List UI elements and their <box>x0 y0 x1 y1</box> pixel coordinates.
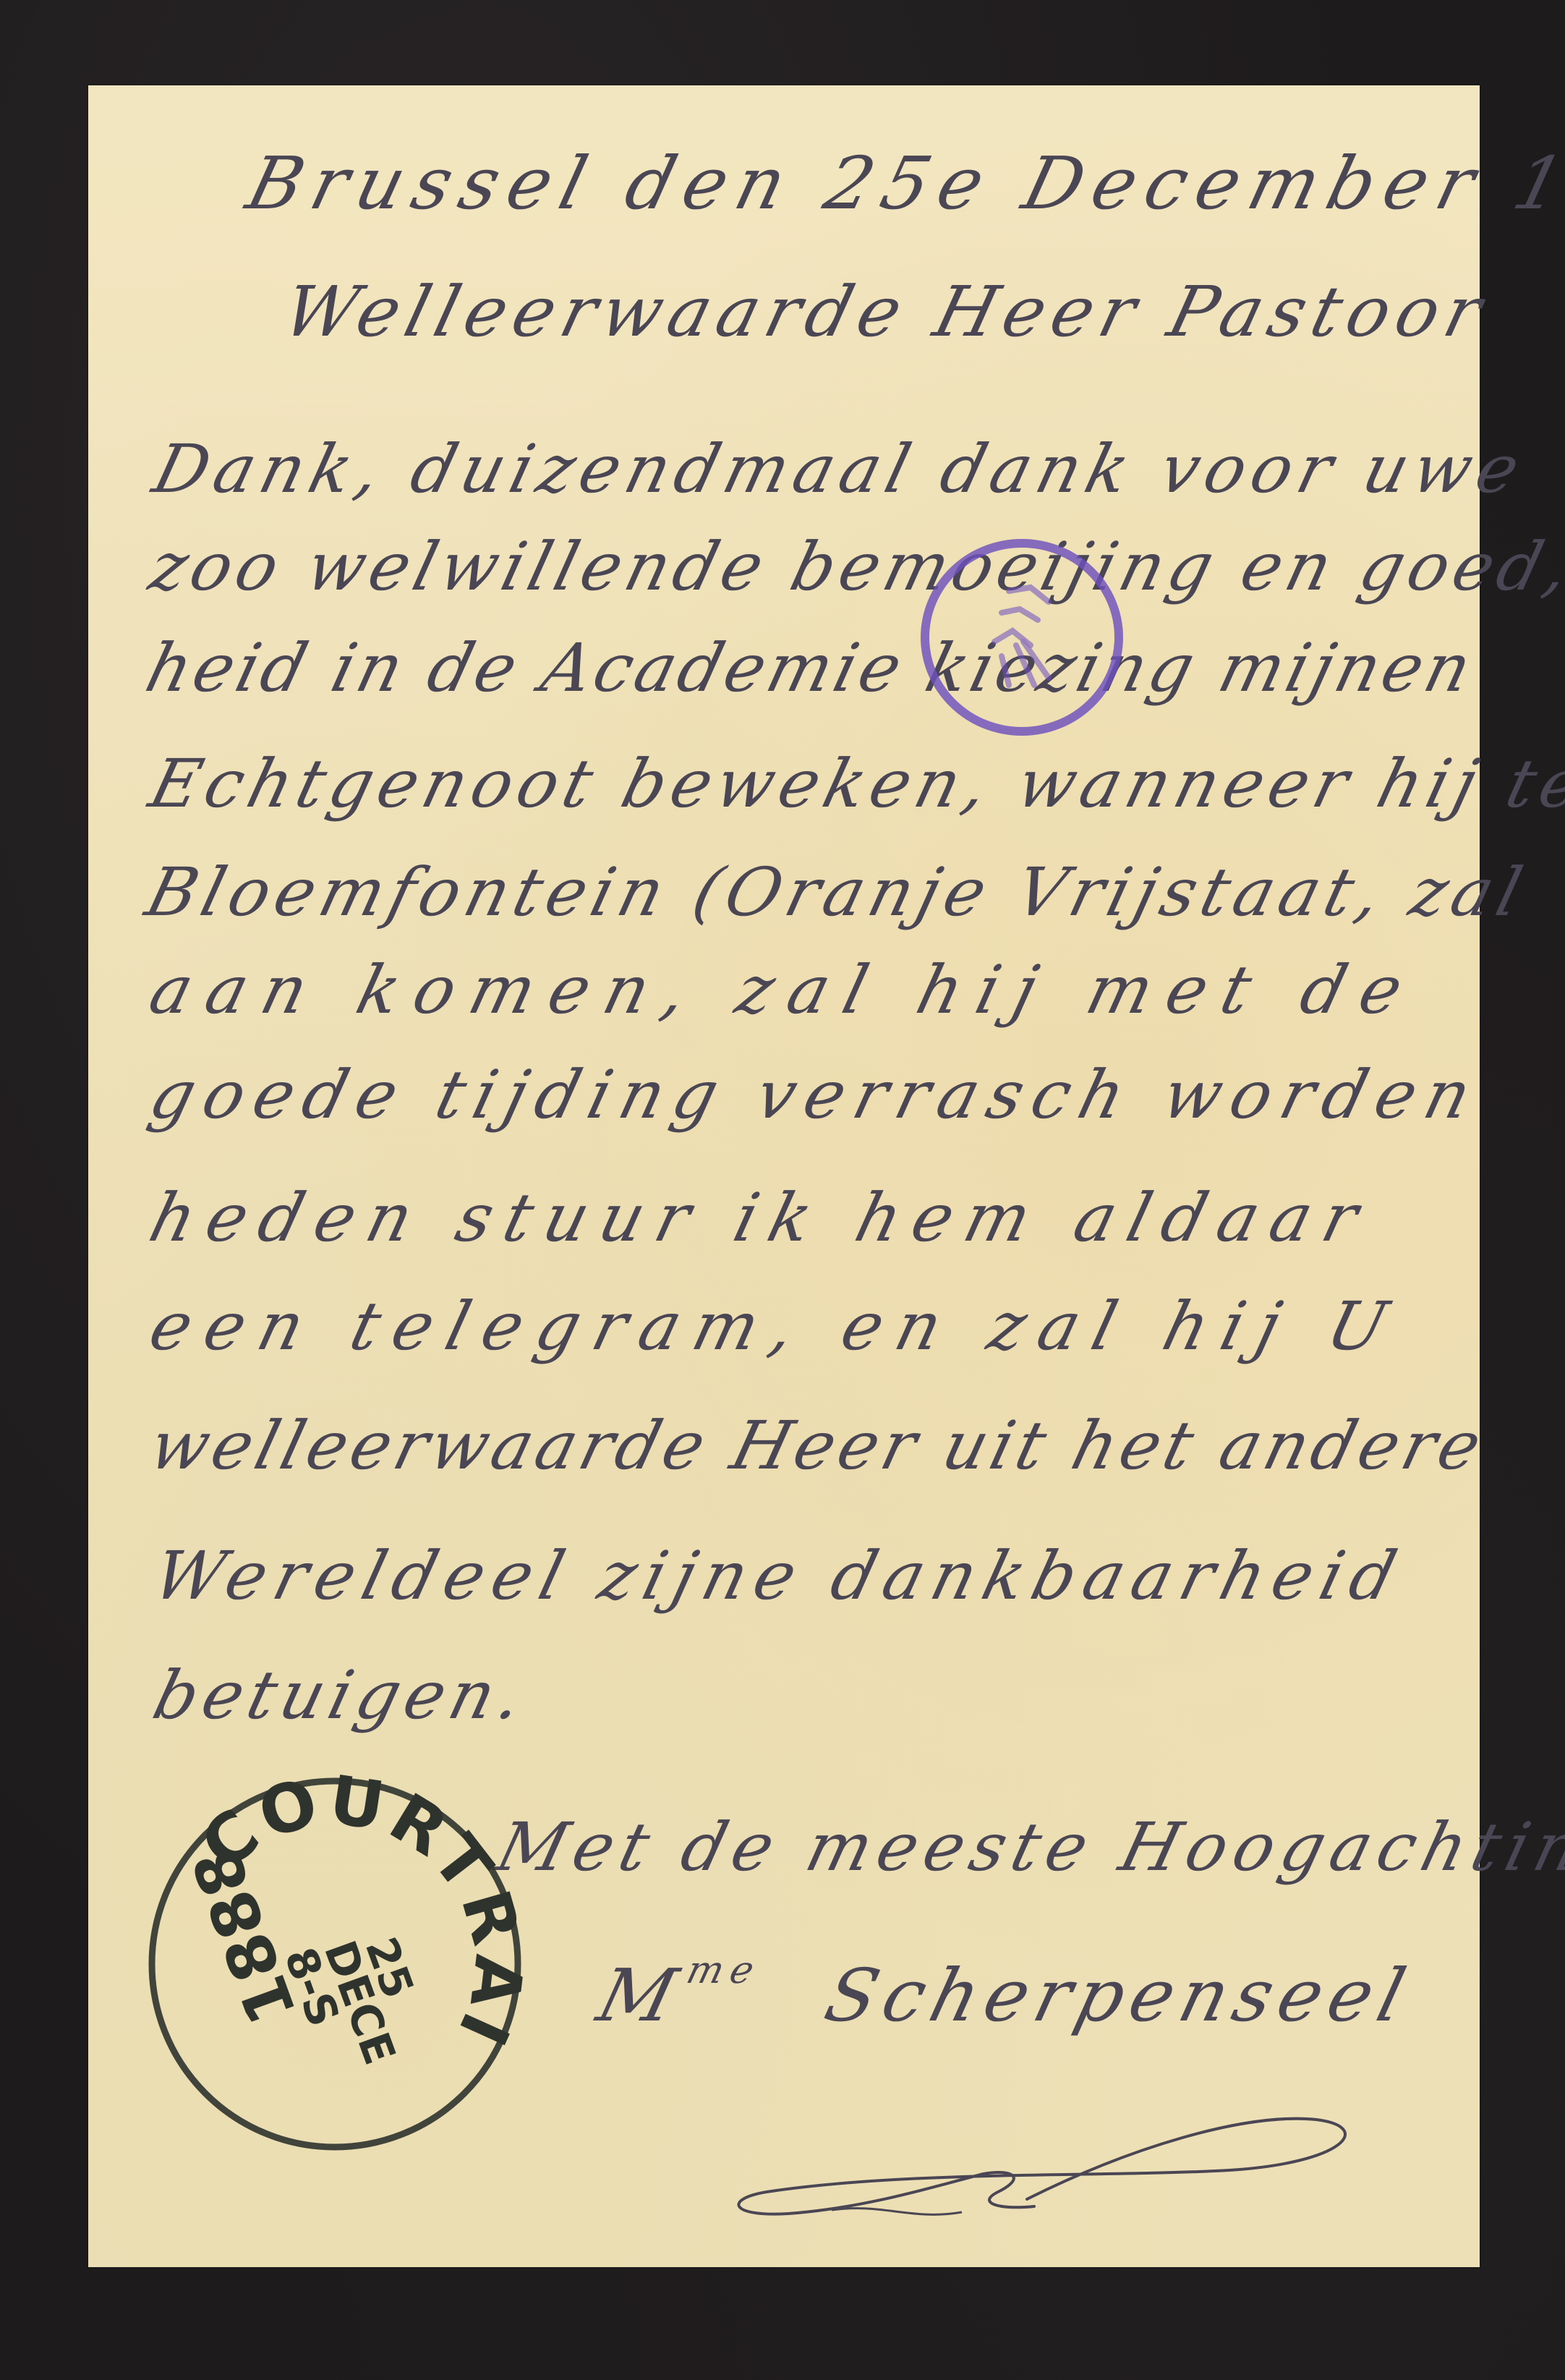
body-line-4: Echtgenoot beweken, wanneer hij te <box>142 745 1565 823</box>
body-line-8: heden stuur ik hem aldaar <box>142 1179 1379 1257</box>
body-line-1: Dank, duizendmaal dank voor uwe <box>146 430 1533 508</box>
salutation-line: Welleerwaarde Heer Pastoor <box>276 271 1496 352</box>
body-line-7: goede tijding verrasch worden <box>142 1056 1489 1134</box>
body-line-11: Wereldeel zijne dankbaarheid <box>146 1537 1412 1615</box>
courtrai-postmark: COURTRAI 1888 25 DECE 8-S <box>145 1775 525 2154</box>
signature: Mme Scherpenseel <box>589 1953 1420 2038</box>
closing-line: Met de meeste Hoogachting <box>490 1809 1565 1886</box>
place-date-line: Brussel den 25e December 1888 <box>239 141 1565 226</box>
emblem-icon <box>980 577 1067 700</box>
body-line-12: betuigen. <box>146 1657 537 1734</box>
body-line-10: welleerwaarde Heer uit het andere <box>142 1407 1493 1484</box>
signature-prefix-superscript: me <box>683 1949 766 1992</box>
body-line-3: heid in de Academie kiezing mijnen <box>139 629 1483 707</box>
signature-name: Scherpenseel <box>817 1953 1420 2038</box>
signature-flourish-icon <box>723 2083 1389 2228</box>
body-line-5: Bloemfontein (Oranje Vrijstaat, zal <box>139 854 1535 931</box>
purple-emblem-stamp <box>921 539 1123 736</box>
body-line-6: aan komen, zal hij met de <box>142 951 1426 1029</box>
body-line-9: een telegram, en zal hij U <box>142 1288 1410 1365</box>
body-line-2: zoo welwillende bemoeijing en goed,, <box>142 528 1565 605</box>
